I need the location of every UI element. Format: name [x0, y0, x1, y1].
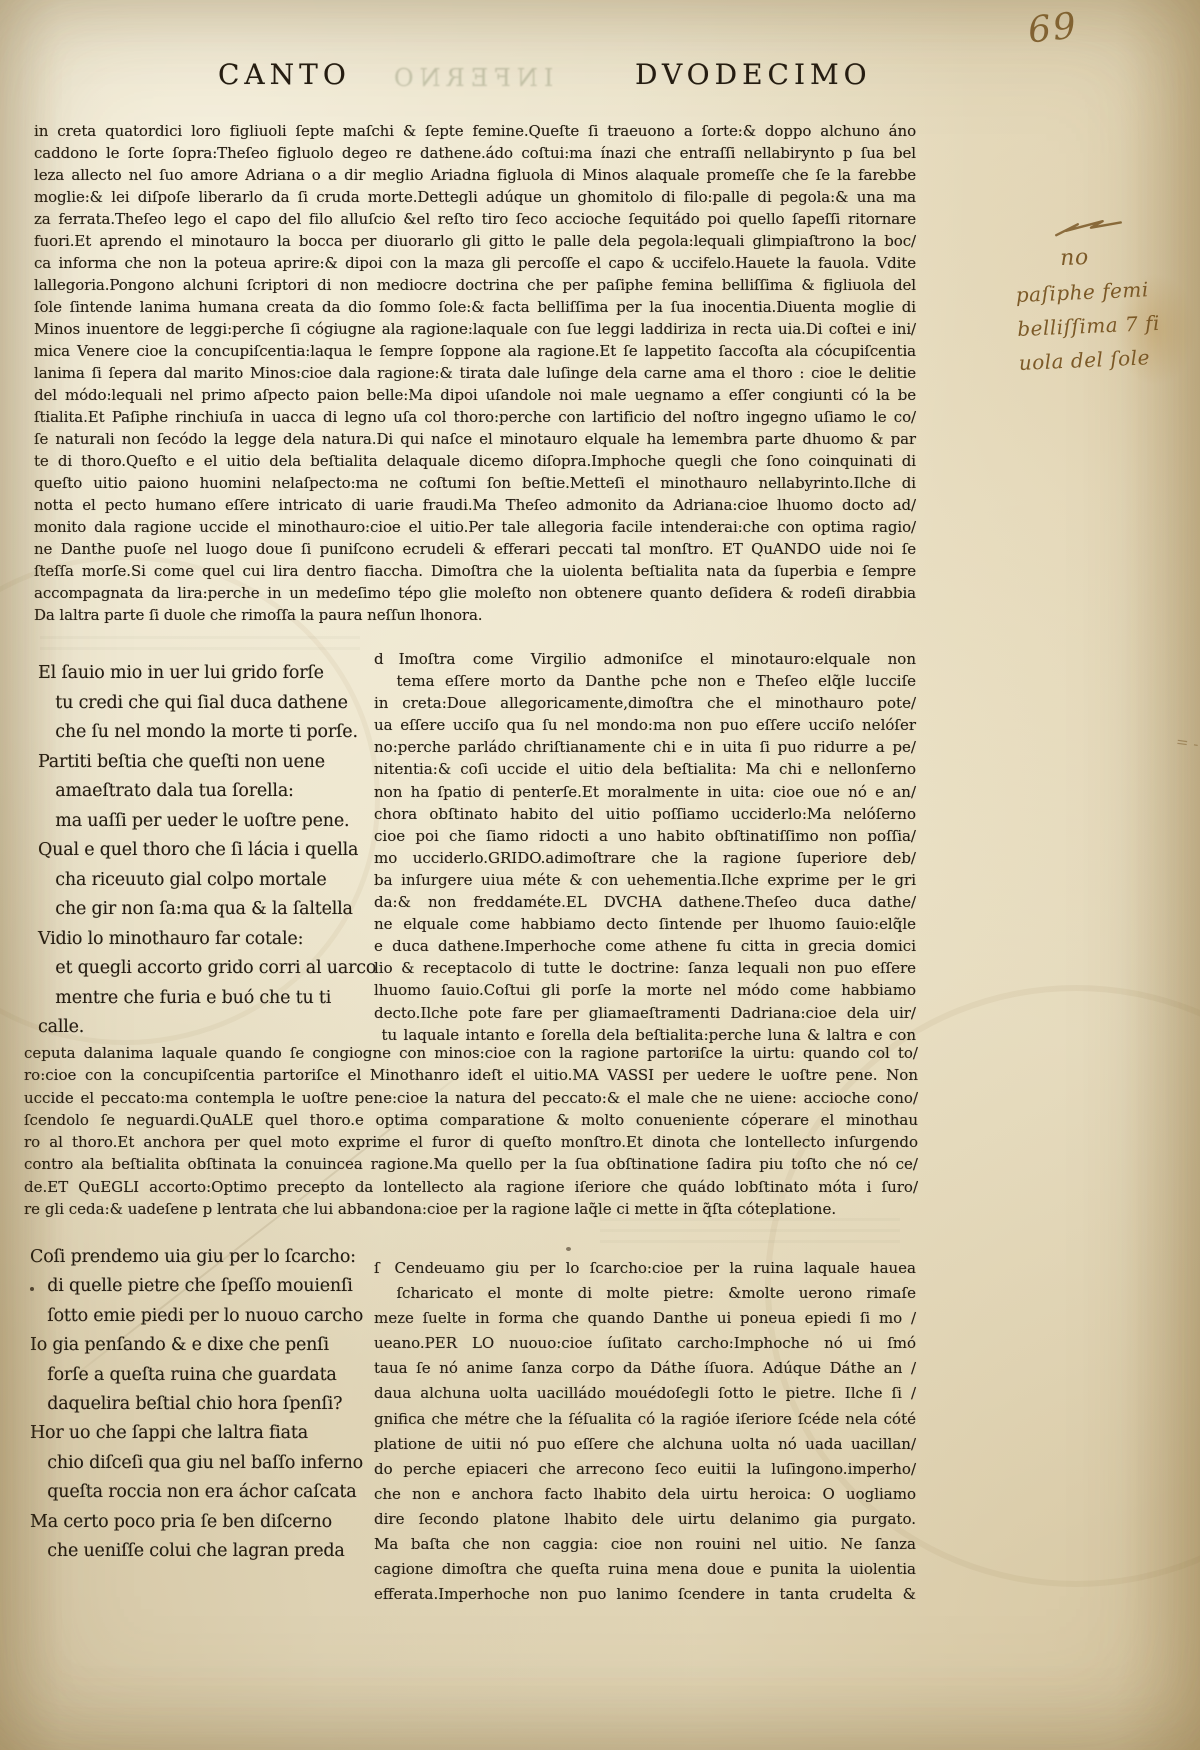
text-line: e duca dathene.Imperhoche come athene fu… — [374, 935, 916, 957]
text-line: et quegli accorto grido corri al uarco — [38, 954, 378, 984]
showthrough-text: INFERNO — [388, 64, 553, 92]
text-line: tema eſſere morto da Danthe pche non e T… — [374, 670, 916, 692]
margin-edge-mark: = - — [1175, 732, 1200, 753]
text-line: de.ET QuEGLI accorto:Optimo precepto da … — [24, 1176, 918, 1198]
text-line: gnifica che métre che la ſéſualita có la… — [374, 1407, 916, 1432]
margin-squiggle-mark — [1053, 217, 1128, 240]
text-line: leza allecto nel ſuo amore Adriana o a d… — [34, 164, 916, 186]
text-line: chora obſtinato habito del uitio poſſiam… — [374, 803, 916, 825]
text-line: ca informa che non la poteua aprire:& di… — [34, 252, 916, 274]
text-line: d Imoſtra come Virgilio admoniſce el min… — [374, 648, 916, 670]
text-line: chio diſceſi qua giu nel baſſo inferno — [30, 1449, 375, 1478]
text-line: Vidio lo minothauro far cotale: — [38, 925, 378, 955]
text-line: Hor uo che ſappi che laltra fiata — [30, 1419, 375, 1448]
text-line: cagione dimoſtra che queſta ruina mena d… — [374, 1557, 916, 1582]
text-line: Qual e quel thoro che ſi lácia i quella — [38, 836, 378, 866]
text-line: ſ Cendeuamo giu per lo ſcarcho:cioe per … — [374, 1256, 916, 1281]
text-line: no:perche parládo chriſtianamente chi e … — [374, 736, 916, 758]
text-line: da:& non freddaméte.EL DVCHA dathene.The… — [374, 891, 916, 913]
showthrough-smudge — [40, 636, 360, 652]
ink-spot — [566, 1247, 571, 1251]
text-line: uccide el peccato:ma contempla le uoſtre… — [24, 1087, 918, 1109]
showthrough-smudge — [600, 1218, 900, 1244]
text-line: ma uaſſi per ueder le uoſtre pene. — [38, 807, 378, 837]
text-line: amaeſtrato dala tua ſorella: — [38, 777, 378, 807]
commentary-column-top: d Imoſtra come Virgilio admoniſce el min… — [374, 648, 916, 1046]
book-page-scan: 69 CANTO INFERNO DVODECIMO in creta quat… — [0, 0, 1200, 1750]
text-line: caddono le ſorte ſopra:Theſeo figluolo d… — [34, 142, 916, 164]
text-line: te di thoro.Queſto e el uitio dela beſti… — [34, 450, 916, 472]
text-line: ſole ſintende lanima humana creata da di… — [34, 296, 916, 318]
text-line: tu credi che qui ſial duca dathene — [38, 689, 378, 719]
text-line: lio & receptacolo di tutte le doctrine: … — [374, 957, 916, 979]
text-line: mentre che furia e buó che tu ti calle. — [38, 984, 378, 1043]
top-commentary-block: in creta quatordici loro figliuoli ſepte… — [34, 120, 916, 626]
text-line: Io gia penſando & e dixe che penſi — [30, 1331, 375, 1360]
text-line: queſta roccia non era áchor caſcata — [30, 1478, 375, 1507]
text-line: daua alchuna uolta uacilládo mouédoſegli… — [374, 1381, 916, 1406]
text-line: Minos inuentore de leggi:perche ſi cógiu… — [34, 318, 916, 340]
text-line: che gir non ſa:ma qua & la ſaltella — [38, 895, 378, 925]
text-line: El ſauio mio in uer lui grido forſe — [38, 659, 378, 689]
poem-tercets-top: El ſauio mio in uer lui grido forſe tu c… — [38, 659, 378, 1043]
text-line: meze ſuelte in forma che quando Danthe u… — [374, 1306, 916, 1331]
text-line: monito dala ragione uccide el minothauro… — [34, 516, 916, 538]
middle-commentary-block: ceputa dalanima laquale quando ſe congio… — [24, 1042, 918, 1220]
commentary-column-bottom: ſ Cendeuamo giu per lo ſcarcho:cioe per … — [374, 1256, 916, 1607]
text-line: cioe poi che ſiamo ridocti a uno habito … — [374, 825, 916, 847]
text-line: in creta quatordici loro figliuoli ſepte… — [34, 120, 916, 142]
text-line: fuori.Et aprendo el minotauro la bocca p… — [34, 230, 916, 252]
text-line: platione de uitii nó puo eſſere che alch… — [374, 1432, 916, 1457]
text-line: dire ſecondo platone lhabito dele uirtu … — [374, 1507, 916, 1532]
margin-note: uola del ſole — [1018, 338, 1200, 380]
poem-tercets-bottom: Coſi prendemo uia giu per lo ſcarcho: di… — [30, 1243, 375, 1566]
text-line: ba inſurgere uiua méte & con uehementia.… — [374, 869, 916, 891]
text-line: ſe naturali non ſecódo la legge dela nat… — [34, 428, 916, 450]
text-line: Da laltra parte ſi duole che rimoſſa la … — [34, 604, 916, 626]
text-line: accompagnata da lira:perche in un medeſi… — [34, 582, 916, 604]
text-line: Ma certo poco pria ſe ben diſcerno — [30, 1508, 375, 1537]
text-line: efferata.Imperhoche non puo lanimo ſcend… — [374, 1582, 916, 1607]
text-line: re gli ceda:& uadeſene p lentrata che lu… — [24, 1198, 918, 1220]
text-line: daquelira beſtial chio hora ſpenſi? — [30, 1390, 375, 1419]
text-line: forſe a queſta ruina che guardata — [30, 1361, 375, 1390]
text-line: che non e anchora facto lhabito dela uir… — [374, 1482, 916, 1507]
text-line: lanima ſi ſepera dal marito Minos:cioe d… — [34, 362, 916, 384]
text-line: mo ucciderlo.GRIDO.adimoſtrare che la ra… — [374, 847, 916, 869]
text-line: ro al thoro.Et anchora per quel moto exp… — [24, 1131, 918, 1153]
text-line: ceputa dalanima laquale quando ſe congio… — [24, 1042, 918, 1064]
text-line: lallegoria.Pongono alchuni ſcriptori di … — [34, 274, 916, 296]
text-line: ne elquale come habbiamo decto ſintende … — [374, 913, 916, 935]
text-line: ſotto emie piedi per lo nuouo carcho — [30, 1302, 375, 1331]
running-title-canto: CANTO — [218, 58, 351, 91]
folio-number: 69 — [1026, 6, 1080, 52]
text-line: ueano.PER LO nuouo:cioe íuſitato carcho:… — [374, 1331, 916, 1356]
text-line: taua ſe nó anime ſanza corpo da Dáthe íſ… — [374, 1356, 916, 1381]
text-line: che ſu nel mondo la morte ti porſe. — [38, 718, 378, 748]
text-line: queſto uitio paiono huomini nelaſpecto:m… — [34, 472, 916, 494]
text-line: decto.Ilche pote fare per gliamaeſtramen… — [374, 1002, 916, 1024]
text-line: non ha ſpatio di penterſe.Et moralmente … — [374, 781, 916, 803]
text-line: Ma baſta che non caggia: cioe non rouini… — [374, 1532, 916, 1557]
text-line: ne Danthe puoſe nel luogo doue ſi puniſc… — [34, 538, 916, 560]
text-line: che ueniſſe colui che lagran preda — [30, 1537, 375, 1566]
text-line: del módo:lequali nel primo aſpecto paion… — [34, 384, 916, 406]
text-line: ro:cioe con la concupiſcentia partoriſce… — [24, 1064, 918, 1086]
text-line: ſtialita.Et Paſiphe rinchiuſa in uacca d… — [34, 406, 916, 428]
text-line: do perche epiaceri che arrecono ſeco eui… — [374, 1457, 916, 1482]
text-line: nitentia:& coſi uccide el uitio dela beſ… — [374, 758, 916, 780]
text-line: ſcharicato el monte di molte pietre: &mo… — [374, 1281, 916, 1306]
text-line: moglie:& lei diſpoſe liberarlo da ſi cru… — [34, 186, 916, 208]
text-line: Partiti beſtia che queſti non uene — [38, 748, 378, 778]
text-line: cha riceuuto gial colpo mortale — [38, 866, 378, 896]
text-line: notta el pecto humano eſſere intricato d… — [34, 494, 916, 516]
margin-notes: no paſiphe femi belliſſima 7 fi uola del… — [1013, 214, 1200, 380]
text-line: Coſi prendemo uia giu per lo ſcarcho: — [30, 1243, 375, 1272]
text-line: contro ala beſtialita obſtinata la conui… — [24, 1153, 918, 1175]
text-line: ua eſſere ucciſo qua ſu nel mondo:ma non… — [374, 714, 916, 736]
text-line: mica Venere cioe la concupiſcentia:laqua… — [34, 340, 916, 362]
text-line: lhuomo ſauio.Coſtui gli porſe la morte n… — [374, 979, 916, 1001]
text-line: di quelle pietre che ſpeſſo mouienſi — [30, 1272, 375, 1301]
running-title-duodecimo: DVODECIMO — [635, 58, 872, 91]
text-line: in creta:Doue allegoricamente,dimoſtra c… — [374, 692, 916, 714]
text-line: za ferrata.Theſeo lego el capo del filo … — [34, 208, 916, 230]
text-line: ſteſſa morſe.Si come quel cui lira dentr… — [34, 560, 916, 582]
text-line: ſcendolo ſe neguardi.QuALE quel thoro.e … — [24, 1109, 918, 1131]
